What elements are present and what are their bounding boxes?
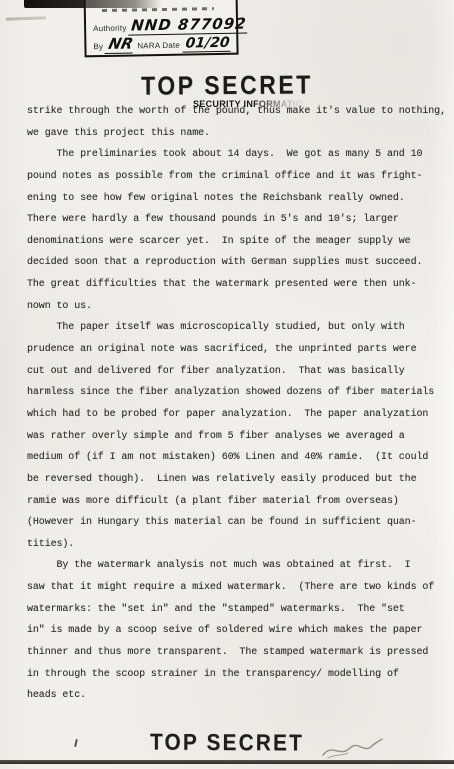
pencil-scribble-mark — [320, 734, 384, 762]
scan-bottom-edge-line — [0, 760, 454, 764]
document-line: cut out and delivered for fiber analyzat… — [27, 361, 441, 383]
document-line: thinner and thus more transparent. The s… — [27, 642, 441, 664]
document-line: The preliminaries took about 14 days. We… — [27, 144, 441, 166]
document-line: By the watermark analysis not much was o… — [27, 555, 441, 577]
document-line: in through the scoop strainer in the tra… — [27, 664, 441, 686]
document-body: strike through the worth of the pound, t… — [27, 101, 441, 707]
authority-label: Authority — [93, 24, 127, 34]
document-line: (However in Hungary this material can be… — [27, 512, 441, 534]
stamp-authority-row: Authority NND 877092 — [93, 16, 249, 36]
by-signature: NR — [104, 36, 136, 54]
document-line: in" is made by a scoop seive of soldered… — [27, 620, 441, 642]
document-line: harmless since the fiber analyzation sho… — [27, 382, 441, 404]
scanned-document-page: Authority NND 877092 By NR NARA Date 01/… — [0, 0, 454, 769]
document-line: There were hardly a few thousand pounds … — [27, 209, 441, 231]
document-line: prudence an original note was sacrificed… — [27, 339, 441, 361]
document-line: decided soon that a reproduction with Ge… — [27, 252, 441, 274]
document-line: saw that it might require a mixed waterm… — [27, 577, 441, 599]
by-label: By — [93, 42, 103, 51]
document-line: heads etc. — [27, 685, 441, 707]
document-line: strike through the worth of the pound, t… — [27, 101, 441, 123]
document-line: watermarks: the "set in" and the "stampe… — [27, 599, 441, 621]
document-line: which had to be probed for paper analyza… — [27, 404, 441, 426]
document-line: medium of (if I am not mistaken) 60% Lin… — [27, 447, 441, 469]
document-line: The paper itself was microscopically stu… — [27, 317, 441, 339]
declassified-remnant-dashes — [102, 7, 214, 12]
stamp-date-row: By NR NARA Date 01/20 — [93, 35, 231, 54]
declassification-stamp: Authority NND 877092 By NR NARA Date 01/… — [83, 0, 238, 57]
document-line: be reversed though). Linen was relativel… — [27, 469, 441, 491]
document-line: tities). — [27, 534, 441, 556]
pencil-smear-mark — [6, 16, 46, 20]
document-line: we gave this project this name. — [27, 123, 441, 145]
nara-date-label: NARA Date — [137, 41, 180, 51]
document-line: ramie was more difficult (a plant fiber … — [27, 491, 441, 513]
document-line: pound notes as possible from the crimina… — [27, 166, 441, 188]
document-line: was rather overly simple and from 5 fibe… — [27, 426, 441, 448]
top-secret-header-stamp: TOP SECRET — [27, 68, 427, 102]
document-line: The great difficulties that the watermar… — [27, 274, 441, 296]
document-line: nown to us. — [27, 296, 441, 318]
authority-value: NND 877092 — [129, 16, 250, 35]
document-line: ening to see how few original notes the … — [27, 188, 441, 210]
document-line: denominations were scarcer yet. In spite… — [27, 231, 441, 253]
date-value: 01/20 — [182, 36, 232, 53]
